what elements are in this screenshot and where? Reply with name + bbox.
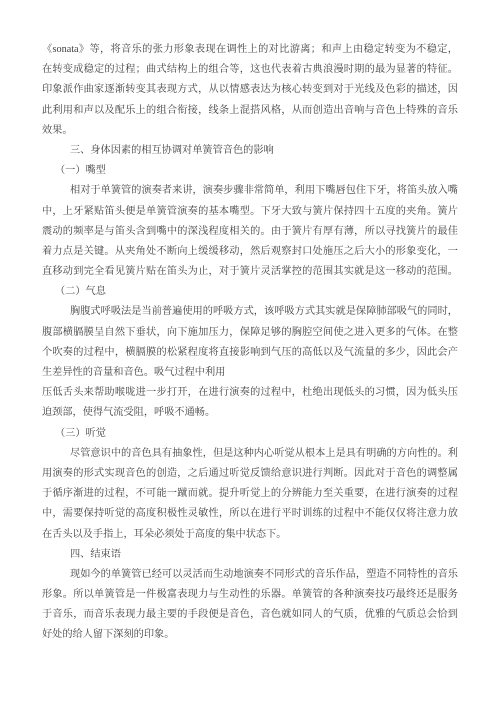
text-line: 个吹奏的过程中，横膈膜的松紧程度将直接影响到气压的高低以及气流量的多少，因此会产 xyxy=(42,343,458,363)
text-line: 中，需要保持听觉的高度积极性灵敏性，所以在进行平时训练的过程中不能仅仅将注意力放 xyxy=(42,504,458,524)
text-line: 相对于单簧管的演奏者来讲，演奏步骤非常简单，利用下嘴唇包住下牙，将笛头放入嘴 xyxy=(42,181,458,201)
text-line: 在舌头以及手指上，耳朵必须处于高度的集中状态下。 xyxy=(42,525,458,545)
text-line: 压低舌头来帮助喉咙进一步打开，在进行演奏的过程中，杜绝出现低头的习惯，因为低头压 xyxy=(42,383,458,403)
text-line: （一）嘴型 xyxy=(42,161,458,181)
text-line: 四、结束语 xyxy=(42,545,458,565)
text-line: （三）听觉 xyxy=(42,424,458,444)
text-line: 现如今的单簧管已经可以灵活而生动地演奏不同形式的音乐作品，塑造不同特性的音乐 xyxy=(42,565,458,585)
text-line: 用演奏的形式实现音色的创造，之后通过听觉反馈给意识进行判断。因此对于音色的调整属 xyxy=(42,464,458,484)
text-line: 迫颈部，使得气流受阻，呼吸不通畅。 xyxy=(42,403,458,423)
text-line: 着力点是关键。从夹角处不断向上缓缓移动，然后观察封口处施压之后大小的形象变化，一 xyxy=(42,242,458,262)
text-line: 胸腹式呼吸法是当前普遍使用的呼吸方式，该呼吸方式其实就是保障肺部吸气的同时， xyxy=(42,302,458,322)
text-line: 生差异性的音量和音色。吸气过程中利用 xyxy=(42,363,458,383)
text-line: 腹部横膈膜呈自然下垂状，向下施加压力，保障足够的胸腔空间使之进入更多的气体。在整 xyxy=(42,323,458,343)
text-line: 三、身体因素的相互协调对单簧管音色的影响 xyxy=(42,141,458,161)
text-line: 在转变成稳定的过程；曲式结构上的组合等，这也代表着古典浪漫时期的最为显著的特征。 xyxy=(42,60,458,80)
text-line: 震动的频率是与笛头含到嘴中的深浅程度相关的。由于簧片有厚有薄，所以寻找簧片的最佳 xyxy=(42,222,458,242)
text-line: 直移动到完全看见簧片贴在笛头为止，对于簧片灵活掌控的范围其实就是这一移动的范围。 xyxy=(42,262,458,282)
document-page: 《sonata》等，将音乐的张力形象表现在调性上的对比游离；和声上由稳定转变为不… xyxy=(0,0,500,707)
document-body: 《sonata》等，将音乐的张力形象表现在调性上的对比游离；和声上由稳定转变为不… xyxy=(42,40,458,646)
text-line: 于循序渐进的过程，不可能一蹴而就。提升听觉上的分辨能力至关重要，在进行演奏的过程 xyxy=(42,484,458,504)
text-line: 此利用和声以及配乐上的组合衔接，线条上混搭风格，从而创造出音响与音色上特殊的音乐 xyxy=(42,101,458,121)
text-line: 印象派作曲家逐渐转变其表现方式，从以情感表达为核心转变到对于光线及色彩的描述，因 xyxy=(42,80,458,100)
text-line: 《sonata》等，将音乐的张力形象表现在调性上的对比游离；和声上由稳定转变为不… xyxy=(42,40,458,60)
text-line: 好处的给人留下深刻的印象。 xyxy=(42,625,458,645)
text-line: 效果。 xyxy=(42,121,458,141)
text-line: 尽管意识中的音色具有抽象性，但是这种内心听觉从根本上是具有明确的方向性的。利 xyxy=(42,444,458,464)
text-line: （二）气息 xyxy=(42,282,458,302)
text-line: 中，上牙紧贴笛头便是单簧管演奏的基本嘴型。下牙大致与簧片保持四十五度的夹角。簧片 xyxy=(42,202,458,222)
text-line: 于音乐，而音乐表现力最主要的手段便是音色，音色就如同人的气质，优雅的气质总会恰到 xyxy=(42,605,458,625)
text-line: 形象。所以单簧管是一件极富表现力与生动性的乐器。单簧管的各种演奏技巧最终还是服务 xyxy=(42,585,458,605)
